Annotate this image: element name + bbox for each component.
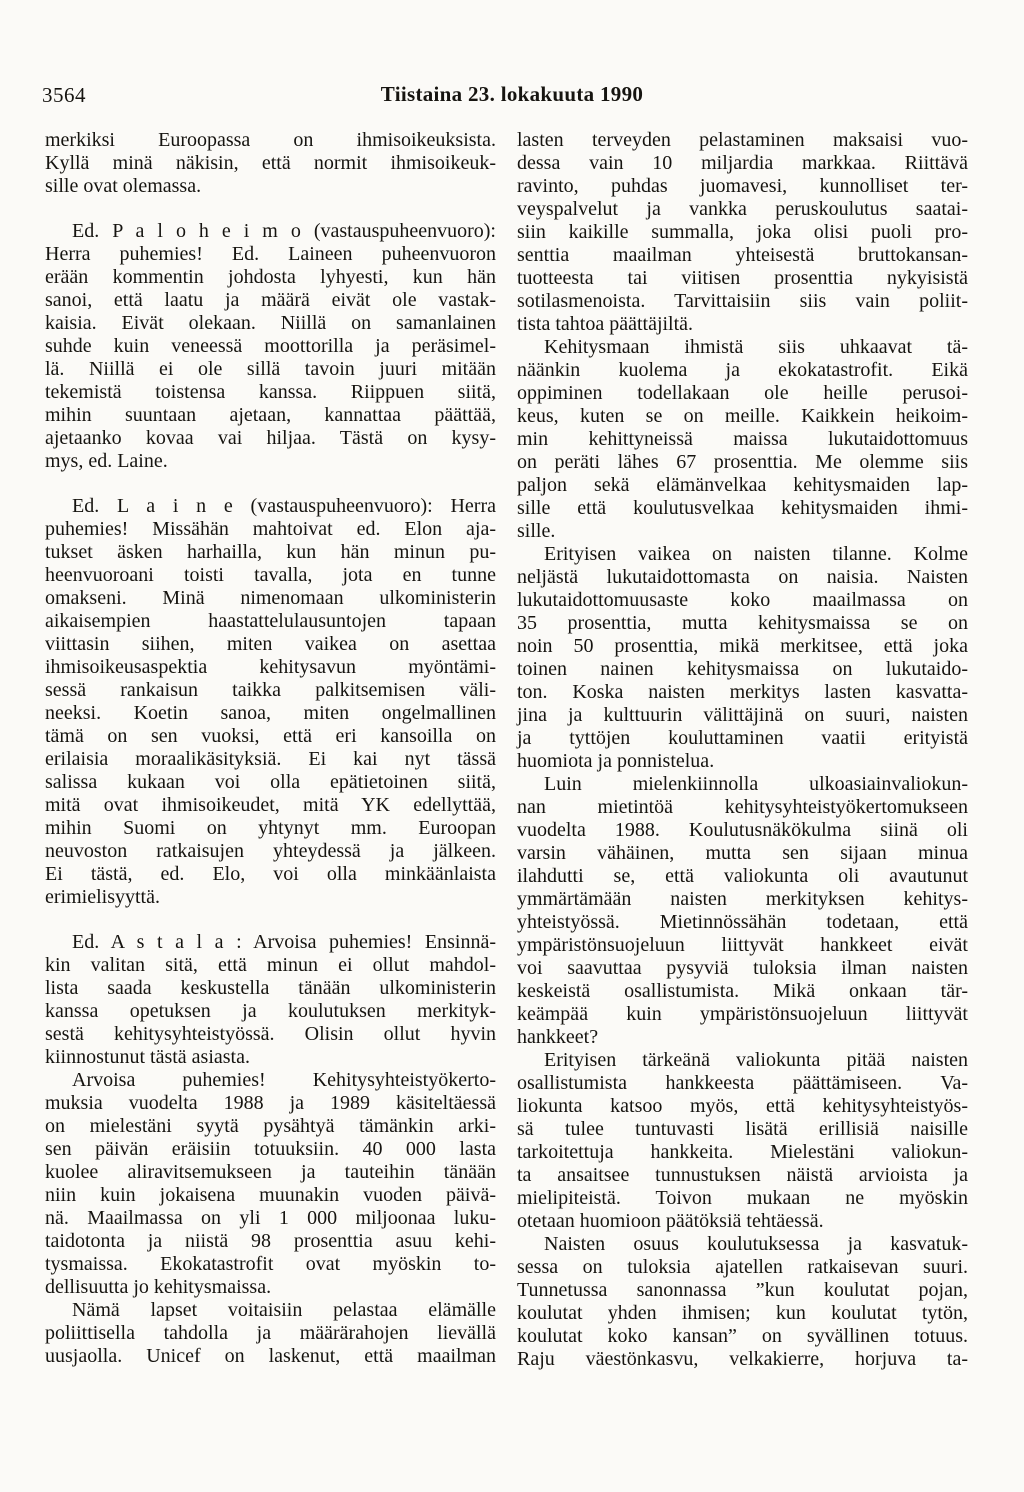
text-line: ihmisoikeusaspektia kehitysavun myöntämi… xyxy=(45,656,496,679)
text-line: Erityisen vaikea on naisten tilanne. Kol… xyxy=(517,543,968,566)
text-line: nä. Maailmassa on yli 1 000 miljoonaa lu… xyxy=(45,1207,496,1230)
text-line: tysmaissa. Ekokatastrofit ovat myöskin t… xyxy=(45,1253,496,1276)
text-line: Ed. A s t a l a : Arvoisa puhemies! Ensi… xyxy=(45,931,496,954)
text-line: kanssa opetuksen ja koulutuksen merkityk… xyxy=(45,1000,496,1023)
text-line: keus, kuten se on meille. Kaikkein heiko… xyxy=(517,405,968,428)
text-line: noin 50 prosenttia, mikä merkitsee, että… xyxy=(517,635,968,658)
text-line: mys, ed. Laine. xyxy=(45,450,496,473)
text-line: lasten terveyden pelastaminen maksaisi v… xyxy=(517,129,968,152)
paragraph: Arvoisa puhemies! Kehitysyhteistyökerto-… xyxy=(45,1069,496,1299)
text-line: otetaan huomioon päätöksiä tehtäessä. xyxy=(517,1210,968,1233)
paragraph: Nämä lapset voitaisiin pelastaa elämälle… xyxy=(45,1299,496,1368)
text-line: min kehittyneissä maissa lukutaidottomuu… xyxy=(517,428,968,451)
text-line: ympäristönsuojeluun liittyvät hankkeet e… xyxy=(517,934,968,957)
page-number: 3564 xyxy=(42,83,86,108)
text-line: tukset äsken harhailla, kun hän minun pu… xyxy=(45,541,496,564)
text-line: neeksi. Koetin sanoa, miten ongelmalline… xyxy=(45,702,496,725)
text-line: tarkoitettuja hankkeita. Mielestäni vali… xyxy=(517,1141,968,1164)
text-line: sotilasmenoista. Tarvittaisiin siis vain… xyxy=(517,290,968,313)
text-line: nan mietintöä kehitysyhteistyökertomukse… xyxy=(517,796,968,819)
text-line: huomiota ja ponnistelua. xyxy=(517,750,968,773)
text-line: sessä rankaisun taikka palkitsemisen väl… xyxy=(45,679,496,702)
text-line: Nämä lapset voitaisiin pelastaa elämälle xyxy=(45,1299,496,1322)
text-line: lä. Niillä ei ole sillä tavoin juuri mit… xyxy=(45,358,496,381)
text-line: ton. Koska naisten merkitys lasten kasva… xyxy=(517,681,968,704)
text-line: sille ovat olemassa. xyxy=(45,175,496,198)
text-line: on peräti lähes 67 prosenttia. Me olemme… xyxy=(517,451,968,474)
text-line: tista tahtoa päättäjiltä. xyxy=(517,313,968,336)
text-line: liokunta katsoo myös, että kehitysyhteis… xyxy=(517,1095,968,1118)
text-line: koulutat yhden ihmisen; kun koulutat tyt… xyxy=(517,1302,968,1325)
text-line: siin kaikille summalla, joka olisi puoli… xyxy=(517,221,968,244)
text-line: omakseni. Minä nimenomaan ulkoministerin xyxy=(45,587,496,610)
text-line: ajetaanko kovaa vai hiljaa. Tästä on kys… xyxy=(45,427,496,450)
text-line: voi saavuttaa pysyviä tuloksia ilman nai… xyxy=(517,957,968,980)
text-line: sessa on tuloksia ajatellen ratkaisevan … xyxy=(517,1256,968,1279)
text-columns: merkiksi Euroopassa on ihmisoikeuksista.… xyxy=(45,129,969,1371)
text-line: vuodelta 1988. Koulutusnäkökulma siinä o… xyxy=(517,819,968,842)
left-column: merkiksi Euroopassa on ihmisoikeuksista.… xyxy=(45,129,496,1371)
page-title: Tiistaina 23. lokakuuta 1990 xyxy=(0,82,1024,107)
text-line: Kyllä minä näkisin, että normit ihmisoik… xyxy=(45,152,496,175)
text-line: kin valitan sitä, että minun ei ollut ma… xyxy=(45,954,496,977)
text-line: merkiksi Euroopassa on ihmisoikeuksista. xyxy=(45,129,496,152)
text-line: viittasin siihen, miten vaikea on asetta… xyxy=(45,633,496,656)
text-line: dellisuutta jo kehitysmaissa. xyxy=(45,1276,496,1299)
text-line: Naisten osuus koulutuksessa ja kasvatuk- xyxy=(517,1233,968,1256)
text-line: neuvoston ratkaisujen yhteydessä ja jälk… xyxy=(45,840,496,863)
text-line: kuolee aliravitsemukseen ja tauteihin tä… xyxy=(45,1161,496,1184)
paragraph: Naisten osuus koulutuksessa ja kasvatuk-… xyxy=(517,1233,968,1371)
page-header: 3564 Tiistaina 23. lokakuuta 1990 xyxy=(0,82,1024,106)
text-line: lista saada keskustella tänään ulkominis… xyxy=(45,977,496,1000)
text-line: paljon sekä elämänvelkaa kehitysmaiden l… xyxy=(517,474,968,497)
text-line: tuotteesta tai viitisen prosenttia nykyi… xyxy=(517,267,968,290)
right-column: lasten terveyden pelastaminen maksaisi v… xyxy=(517,129,968,1371)
text-line: suhde kuin veneessä moottorilla ja peräs… xyxy=(45,335,496,358)
text-line: keämpää kuin ympäristönsuojeluun liittyv… xyxy=(517,1003,968,1026)
paragraph: Luin mielenkiinnolla ulkoasiainvaliokun-… xyxy=(517,773,968,1049)
text-line: ja tyttöjen kouluttaminen vaatii erityis… xyxy=(517,727,968,750)
text-line: erään kommentin johdosta lyhyesti, kun h… xyxy=(45,266,496,289)
text-line: poliittisella tahdolla ja määrärahojen l… xyxy=(45,1322,496,1345)
text-line: varsin vähäinen, mutta sen sijaan minua xyxy=(517,842,968,865)
text-line: Erityisen tärkeänä valiokunta pitää nais… xyxy=(517,1049,968,1072)
text-line: Arvoisa puhemies! Kehitysyhteistyökerto- xyxy=(45,1069,496,1092)
text-line: mielipiteistä. Toivon mukaan ne myöskin xyxy=(517,1187,968,1210)
text-line: Luin mielenkiinnolla ulkoasiainvaliokun- xyxy=(517,773,968,796)
text-line: sestä kehitysyhteistyössä. Olisin ollut … xyxy=(45,1023,496,1046)
text-line: kaisia. Eivät olekaan. Niillä on samanla… xyxy=(45,312,496,335)
text-line: salissa kukaan voi olla epätietoinen sii… xyxy=(45,771,496,794)
text-line: sille että koulutusvelkaa kehitysmaiden … xyxy=(517,497,968,520)
text-line: yhteistyössä. Mietinnössähän todetaan, e… xyxy=(517,911,968,934)
text-line: Tunnetussa sanonnassa ”kun koulutat poja… xyxy=(517,1279,968,1302)
text-line: keskeistä osallistumista. Mikä onkaan tä… xyxy=(517,980,968,1003)
text-line: Ed. L a i n e (vastauspuheenvuoro): Herr… xyxy=(45,495,496,518)
paragraph: Kehitysmaan ihmistä siis uhkaavat tä-nää… xyxy=(517,336,968,543)
text-line: tämä on sen vuoksi, että eri kansoilla o… xyxy=(45,725,496,748)
text-line: puhemies! Missähän mahtoivat ed. Elon aj… xyxy=(45,518,496,541)
text-line: näänkin kuolema ja ekokatastrofit. Eikä xyxy=(517,359,968,382)
text-line: neljästä lukutaidottomasta on naisia. Na… xyxy=(517,566,968,589)
text-line: toinen nainen kehitysmaissa on lukutaido… xyxy=(517,658,968,681)
text-line: koulutat koko kansan” on syvällinen totu… xyxy=(517,1325,968,1348)
paragraph: Ed. L a i n e (vastauspuheenvuoro): Herr… xyxy=(45,495,496,909)
text-line: hankkeet? xyxy=(517,1026,968,1049)
text-line: sanoi, että laatu ja määrä eivät ole vas… xyxy=(45,289,496,312)
text-line: Kehitysmaan ihmistä siis uhkaavat tä- xyxy=(517,336,968,359)
text-line: 35 prosenttia, mutta kehitysmaissa se on xyxy=(517,612,968,635)
text-line: heenvuoroani toisti tavalla, jota en tun… xyxy=(45,564,496,587)
text-line: ta ansaitsee tunnustuksen näistä arviois… xyxy=(517,1164,968,1187)
text-line: Ei tästä, ed. Elo, voi olla minkäänlaist… xyxy=(45,863,496,886)
text-line: ravinto, puhdas juomavesi, kunnolliset t… xyxy=(517,175,968,198)
text-line: veyspalvelut ja vankka peruskoulutus saa… xyxy=(517,198,968,221)
text-line: niin kuin jokaisena muunakin vuoden päiv… xyxy=(45,1184,496,1207)
text-line: ymmärtämään naisten merkityksen kehitys- xyxy=(517,888,968,911)
text-line: taidotonta ja niistä 98 prosenttia asuu … xyxy=(45,1230,496,1253)
text-line: ilahdutti se, että valiokunta oli avautu… xyxy=(517,865,968,888)
text-line: senttia maailman yhteisestä bruttokansan… xyxy=(517,244,968,267)
text-line: tekemistä toistensa kanssa. Riippuen sii… xyxy=(45,381,496,404)
text-line: osallistumista hankkeesta päättämiseen. … xyxy=(517,1072,968,1095)
text-line: aikaisempien haastattelulausuntojen tapa… xyxy=(45,610,496,633)
text-line: erilaisia moraalikäsityksiä. Ei kai nyt … xyxy=(45,748,496,771)
text-line: Ed. P a l o h e i m o (vastauspuheenvuor… xyxy=(45,220,496,243)
text-line: sille. xyxy=(517,520,968,543)
text-line: oppiminen todellakaan ole heille perusoi… xyxy=(517,382,968,405)
text-line: sä tulee tuntuvasti lisätä erillisiä nai… xyxy=(517,1118,968,1141)
text-line: Herra puhemies! Ed. Laineen puheenvuoron xyxy=(45,243,496,266)
text-line: erimielisyyttä. xyxy=(45,886,496,909)
text-line: kiinnostunut tästä asiasta. xyxy=(45,1046,496,1069)
paragraph: lasten terveyden pelastaminen maksaisi v… xyxy=(517,129,968,336)
text-line: mitä ovat ihmisoikeudet, mitä YK edellyt… xyxy=(45,794,496,817)
text-line: Raju väestönkasvu, velkakierre, horjuva … xyxy=(517,1348,968,1371)
text-line: on mielestäni syytä pysähtyä tämänkin ar… xyxy=(45,1115,496,1138)
paragraph: Erityisen vaikea on naisten tilanne. Kol… xyxy=(517,543,968,773)
paragraph: merkiksi Euroopassa on ihmisoikeuksista.… xyxy=(45,129,496,198)
text-line: jina ja kulttuurin välittäjinä on suuri,… xyxy=(517,704,968,727)
text-line: mihin suuntaan ajetaan, kannattaa päättä… xyxy=(45,404,496,427)
text-line: sen päivän eräisiin totuuksiin. 40 000 l… xyxy=(45,1138,496,1161)
text-line: lukutaidottomuusaste koko maailmassa on xyxy=(517,589,968,612)
text-line: muksia vuodelta 1988 ja 1989 käsiteltäes… xyxy=(45,1092,496,1115)
paragraph: Erityisen tärkeänä valiokunta pitää nais… xyxy=(517,1049,968,1233)
paragraph: Ed. A s t a l a : Arvoisa puhemies! Ensi… xyxy=(45,931,496,1069)
paragraph: Ed. P a l o h e i m o (vastauspuheenvuor… xyxy=(45,220,496,473)
text-line: mihin Suomi on yhtynyt mm. Euroopan xyxy=(45,817,496,840)
text-line: uusjaolla. Unicef on laskenut, että maai… xyxy=(45,1345,496,1368)
text-line: dessa vain 10 miljardia markkaa. Riittäv… xyxy=(517,152,968,175)
